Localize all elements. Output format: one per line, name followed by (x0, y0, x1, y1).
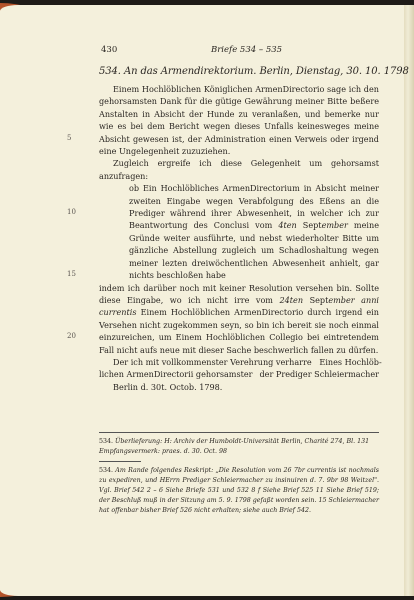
letter-body: 5 10 15 20 Einem Hochlöblichen Königlich… (99, 83, 379, 393)
line-number-20: 20 (67, 330, 76, 342)
paragraph-2-rest: indem ich darüber noch mit keiner Resolu… (99, 282, 379, 356)
note-number: 534. (99, 467, 113, 474)
paragraph-2-intro: Zugleich ergreife ich diese Gelegenheit … (99, 157, 379, 182)
closing-line-2: lichen ArmenDirectorii gehorsamster der … (99, 368, 379, 380)
paragraph-1: Einem Hochlöblichen Königlichen ArmenDir… (99, 83, 379, 157)
paragraph-2-indented: ob Ein Hochlöbliches ArmenDirectorium in… (99, 182, 379, 281)
signature: der Prediger Schleiermacher (259, 368, 379, 380)
running-head-title: Briefe 534 – 535 (211, 45, 282, 55)
note-number: 534. (99, 438, 113, 445)
commentary-note: 534. Am Rande folgendes Reskript: „Die R… (99, 466, 379, 516)
divider (99, 461, 141, 462)
apparatus-commentary: 534. Am Rande folgendes Reskript: „Die R… (99, 461, 379, 516)
text-run: Sept (297, 220, 322, 230)
apparatus-transmission: 534. Überlieferung: H: Archiv der Humbol… (99, 432, 379, 457)
receipt-note: Empfangsvermerk: praes. d. 30. Oct. 98 (99, 447, 379, 457)
closing-line-1: Der ich mit vollkommenster Verehrung ver… (99, 356, 379, 368)
note-text: Überlieferung: H: Archiv der Humboldt-Un… (115, 438, 369, 445)
italic-run: ember (322, 220, 348, 230)
line-number-10: 10 (67, 206, 76, 218)
letter-title: 534. An das Armendirektorium. Berlin, Di… (99, 66, 379, 77)
italic-run: 4ten (278, 220, 296, 230)
note-text: Am Rande folgendes Reskript: „Die Resolu… (99, 467, 379, 514)
closing-left: lichen ArmenDirectorii gehorsamster (99, 368, 253, 380)
text-run: Einem Hochlöblichen ArmenDirectorio durc… (99, 307, 379, 354)
text-run: Sept (303, 295, 328, 305)
page-number: 430 (101, 45, 117, 55)
page-edge (404, 5, 414, 596)
closing-date: Berlin d. 30t. Octob. 1798. (99, 381, 379, 393)
page-content: 430 Briefe 534 – 535 534. An das Armendi… (99, 45, 379, 393)
running-head: 430 Briefe 534 – 535 (99, 45, 379, 59)
line-number-15: 15 (67, 268, 76, 280)
line-number-5: 5 (67, 132, 71, 144)
italic-run: 24ten (280, 295, 304, 305)
divider (99, 432, 379, 433)
transmission-note: 534. Überlieferung: H: Archiv der Humbol… (99, 437, 379, 447)
